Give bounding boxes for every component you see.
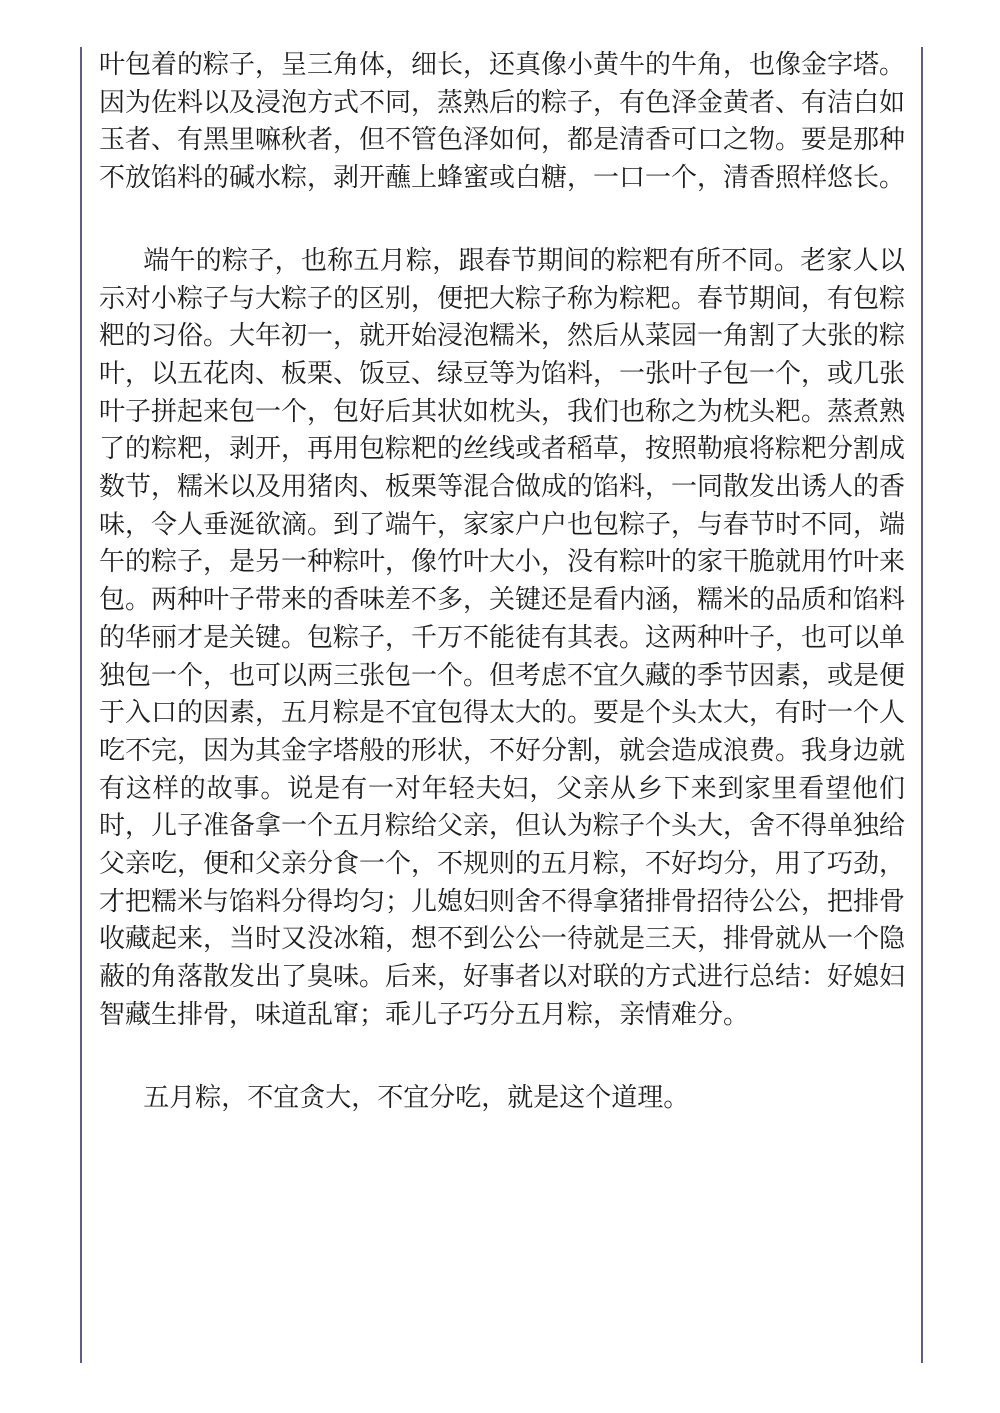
paragraph: 五月粽，不宜贪大，不宜分吃，就是这个道理。 <box>99 1079 905 1117</box>
document-page: 叶包着的粽子，呈三角体，细长，还真像小黄牛的牛角，也像金字塔。因为佐料以及浸泡方… <box>0 0 1000 1413</box>
page-right-border-line <box>921 47 923 1363</box>
document-body[interactable]: 叶包着的粽子，呈三角体，细长，还真像小黄牛的牛角，也像金字塔。因为佐料以及浸泡方… <box>99 46 905 1116</box>
page-left-border-line <box>80 47 82 1363</box>
paragraph: 叶包着的粽子，呈三角体，细长，还真像小黄牛的牛角，也像金字塔。因为佐料以及浸泡方… <box>99 46 905 197</box>
paragraph: 端午的粽子，也称五月粽，跟春节期间的粽粑有所不同。老家人以示对小粽子与大粽子的区… <box>99 242 905 1034</box>
